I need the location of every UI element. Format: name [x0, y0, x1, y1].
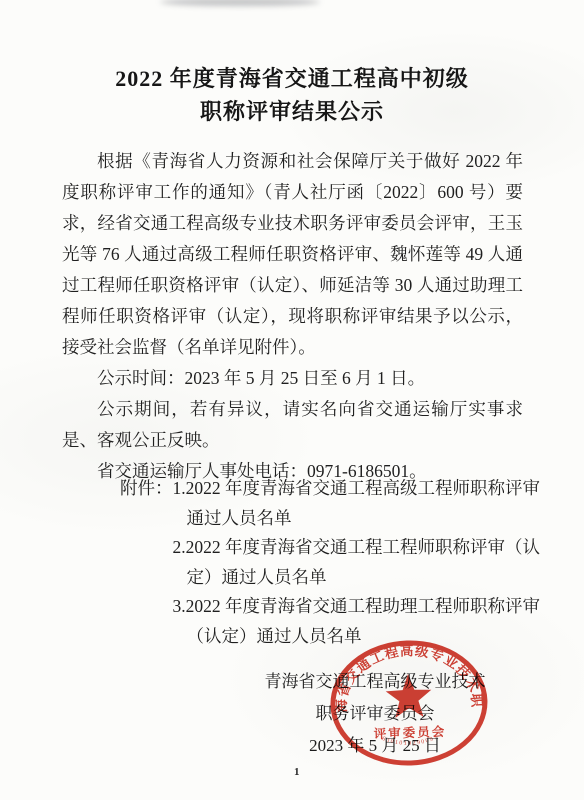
signature-org-line1: 青海省交通工程高级专业技术 [252, 666, 498, 698]
paragraph-publicity-period: 公示时间：2023 年 5 月 25 日至 6 月 1 日。 [62, 363, 523, 394]
attachment-item-3: 3.2022 年度青海省交通工程助理工程师职称评审（认定）通过人员名单 [173, 592, 549, 651]
attachments-block: 附件： 1.2022 年度青海省交通工程高级工程师职称评审通过人员名单 2.20… [120, 474, 530, 651]
attachments-list: 1.2022 年度青海省交通工程高级工程师职称评审通过人员名单 2.2022 年… [173, 474, 549, 651]
attachment-item-1: 1.2022 年度青海省交通工程高级工程师职称评审通过人员名单 [173, 474, 549, 533]
paragraph-basis: 根据《青海省人力资源和社会保障厅关于做好 2022 年度职称评审工作的通知》（青… [62, 146, 523, 363]
document-title-line1: 2022 年度青海省交通工程高中初级 [0, 62, 584, 95]
attachments-label: 附件： [120, 474, 173, 504]
document-title-line2: 职称评审结果公示 [0, 95, 584, 128]
scanned-document-page: 2022 年度青海省交通工程高中初级 职称评审结果公示 根据《青海省人力资源和社… [0, 0, 584, 800]
page-number: 1 [294, 766, 300, 778]
document-body: 根据《青海省人力资源和社会保障厅关于做好 2022 年度职称评审工作的通知》（青… [62, 146, 523, 487]
scan-artifact [160, 0, 320, 6]
signature-org-line2: 职务评审委员会 [252, 698, 498, 730]
paragraph-objection: 公示期间，若有异议，请实名向省交通运输厅实事求是、客观公正反映。 [62, 394, 523, 456]
document-title: 2022 年度青海省交通工程高中初级 职称评审结果公示 [0, 62, 584, 128]
signature-block: 青海省交通工程高级专业技术 职务评审委员会 2023 年 5 月 25 日 [252, 666, 498, 762]
attachment-item-2: 2.2022 年度青海省交通工程工程师职称评审（认定）通过人员名单 [173, 533, 549, 592]
signature-date: 2023 年 5 月 25 日 [252, 730, 498, 762]
